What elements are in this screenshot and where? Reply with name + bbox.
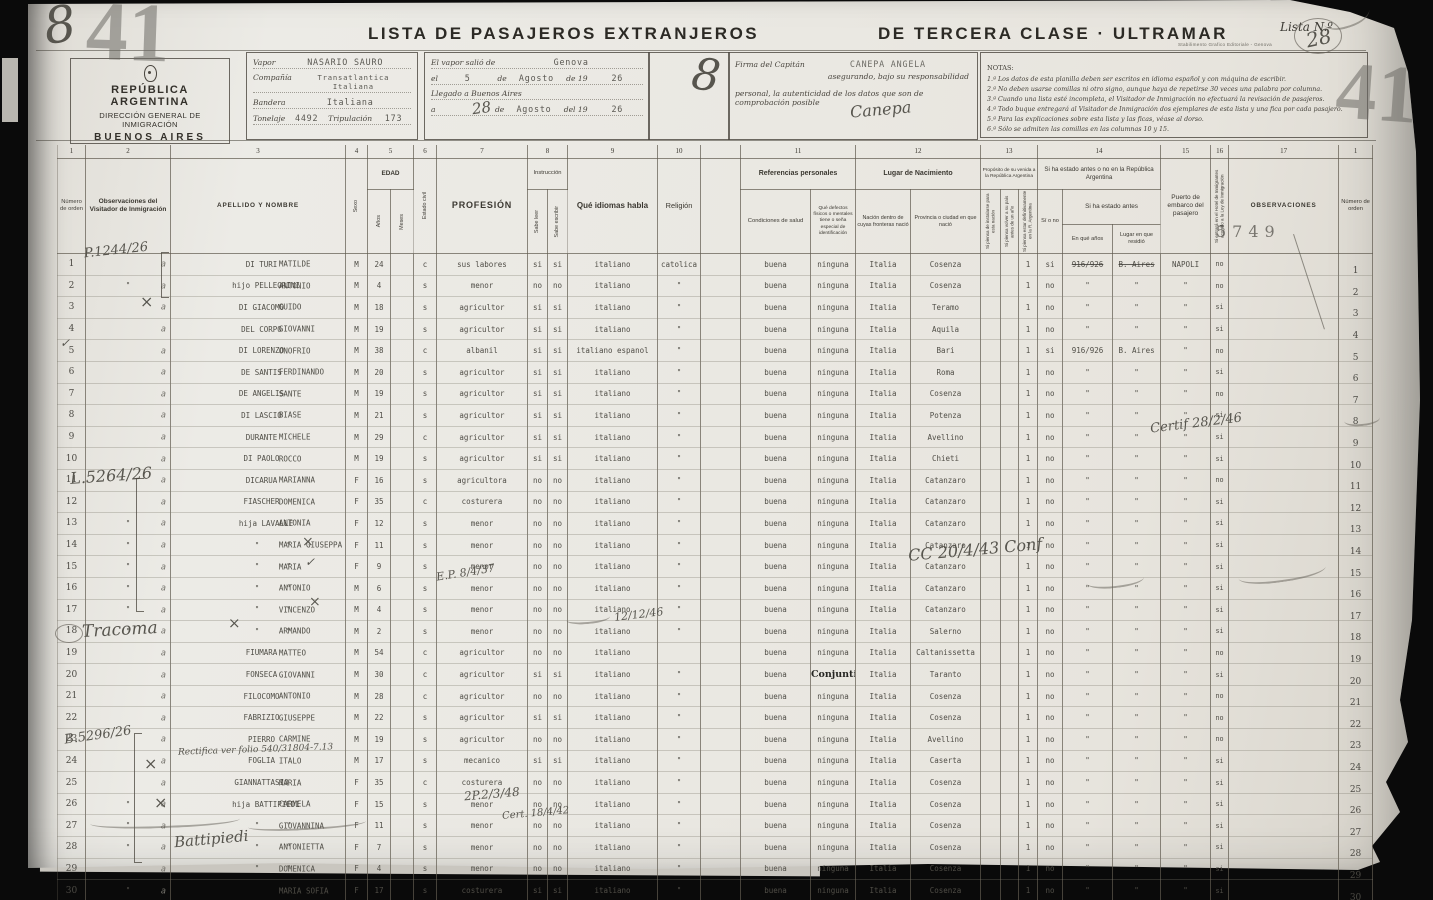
cell-meses xyxy=(391,858,414,880)
cell-observ xyxy=(1229,383,1339,405)
header-rule-top xyxy=(36,50,1366,51)
cell-p1 xyxy=(981,815,1001,837)
cell-defecto: ninguna xyxy=(811,837,856,859)
cell-n: 24 xyxy=(58,750,86,772)
cell-p1 xyxy=(981,793,1001,815)
col-number: 2 xyxy=(86,145,171,159)
cell-defecto: ninguna xyxy=(811,858,856,880)
table-header: 12345678910111213141516171 Número de ord… xyxy=(58,145,1373,254)
col-number: 13 xyxy=(981,145,1038,159)
cell-p3: 1 xyxy=(1019,513,1038,535)
cell-prov: Cosenza xyxy=(911,772,981,794)
cell-hotel: si xyxy=(1211,534,1229,556)
cell-sino: no xyxy=(1038,383,1063,405)
printer-credit: Stabilimento Grafico Editoriale - Genova xyxy=(1178,42,1272,47)
cell-leer: si xyxy=(528,361,548,383)
cell-idioma: italiano xyxy=(568,858,658,880)
scanned-passenger-list-page: LISTA DE PASAJEROS EXTRANJEROS DE TERCER… xyxy=(0,0,1433,900)
cell-puerto: " xyxy=(1161,642,1211,664)
cell-p2 xyxy=(1001,318,1019,340)
cell-sino: no xyxy=(1038,405,1063,427)
cell-esc: no xyxy=(548,642,568,664)
cell-esc: si xyxy=(548,448,568,470)
tonelaje-value: 4492 xyxy=(289,113,324,123)
note-item-2: 2.ª No deben usarse comillas ni otro sig… xyxy=(987,85,1361,95)
cell-p1 xyxy=(981,275,1001,297)
cell-anos2: 916/926 xyxy=(1063,254,1113,276)
cell-prof: agricultor xyxy=(437,664,528,686)
cell-p3: 1 xyxy=(1019,685,1038,707)
cell-nacion: Italia xyxy=(856,815,911,837)
cell-esc: no xyxy=(548,815,568,837)
cell-civ: c xyxy=(414,491,437,513)
cell-observ xyxy=(1229,858,1339,880)
cell-p3: 1 xyxy=(1019,361,1038,383)
cell-p3: 1 xyxy=(1019,491,1038,513)
cell-meses xyxy=(391,254,414,276)
cell-idioma: italiano xyxy=(568,707,658,729)
col-number: 14 xyxy=(1038,145,1161,159)
passenger-row: 17"a " "VINCENZOM4smenornonoitaliano"bue… xyxy=(58,599,1373,621)
cell-leer: si xyxy=(528,340,548,362)
notes-label: NOTAS: xyxy=(987,64,1014,72)
note-item-5: 5.ª Para las explicaciones sobre esta li… xyxy=(987,115,1361,125)
cell-sp xyxy=(701,793,741,815)
cell-civ: s xyxy=(414,275,437,297)
org-country: REPÚBLICA ARGENTINA xyxy=(71,84,229,108)
cell-esc: no xyxy=(548,858,568,880)
cell-rel: " xyxy=(658,405,701,427)
cell-idioma: italiano xyxy=(568,513,658,535)
cell-sp xyxy=(701,469,741,491)
cell-anos2: " xyxy=(1063,426,1113,448)
cell-p2 xyxy=(1001,513,1019,535)
compania-value: Transatlantica Italiana xyxy=(296,73,411,91)
cell-salud: buena xyxy=(741,880,811,900)
cell-sino: no xyxy=(1038,750,1063,772)
cell-name: MARIA SOFIA xyxy=(171,880,346,900)
cell-observ xyxy=(1229,685,1339,707)
cell-nacion: Italia xyxy=(856,793,911,815)
passenger-row: 25aGIANNATTASIOMARIAF35ccostureranonoita… xyxy=(58,772,1373,794)
cell-p1 xyxy=(981,297,1001,319)
col-number: 8 xyxy=(528,145,568,159)
cell-p1 xyxy=(981,729,1001,751)
salio-day: 5 xyxy=(442,73,493,83)
cell-observ xyxy=(1229,815,1339,837)
cell-sexo: M xyxy=(346,361,368,383)
cell-p2 xyxy=(1001,815,1019,837)
cell-sp xyxy=(701,556,741,578)
cell-sexo: M xyxy=(346,448,368,470)
cell-obs: a xyxy=(86,254,171,276)
cell-sp xyxy=(701,491,741,513)
cell-rel: " xyxy=(658,275,701,297)
cell-meses xyxy=(391,880,414,900)
cell-salud: buena xyxy=(741,340,811,362)
passenger-row: 18"a " "ARMANDOM2smenornonoitaliano"buen… xyxy=(58,621,1373,643)
cell-leer: no xyxy=(528,599,548,621)
cell-idioma: italiano xyxy=(568,534,658,556)
cell-rel: " xyxy=(658,772,701,794)
cell-sp xyxy=(701,707,741,729)
cell-hotel: no xyxy=(1211,642,1229,664)
cell-anos2: " xyxy=(1063,448,1113,470)
cell-anos: 4 xyxy=(368,275,391,297)
cell-p2 xyxy=(1001,858,1019,880)
cell-n: 29 xyxy=(58,858,86,880)
cell-n: 22 xyxy=(58,707,86,729)
cell-meses xyxy=(391,469,414,491)
cell-lugar2: B. Aires xyxy=(1113,340,1161,362)
cell-leer: no xyxy=(528,858,548,880)
cell-name: DE ANGELISSANTE xyxy=(171,383,346,405)
cell-obs: a xyxy=(86,361,171,383)
cell-idioma: italiano xyxy=(568,405,658,427)
passenger-row: 2"a hijo PELLEGRINIANTONIOM4smenornonoit… xyxy=(58,275,1373,297)
cell-meses xyxy=(391,297,414,319)
cell-prof: agricultor xyxy=(437,729,528,751)
cell-n: 7 xyxy=(58,383,86,405)
cell-lugar2: " xyxy=(1113,880,1161,900)
tripulacion-label: Tripulación xyxy=(328,114,372,123)
passenger-row: 28"a " "ANTONIETTAF7smenornonoitaliano"b… xyxy=(58,837,1373,859)
passenger-row: 3aDI GIACOMOGUIDOM18sagricultorsisiitali… xyxy=(58,297,1373,319)
cell-lugar2: " xyxy=(1113,815,1161,837)
cell-sexo: M xyxy=(346,275,368,297)
cell-p3: 1 xyxy=(1019,750,1038,772)
cell-rel: " xyxy=(658,469,701,491)
cell-prov: Catanzaro xyxy=(911,491,981,513)
cell-prov: Roma xyxy=(911,361,981,383)
cell-sino: no xyxy=(1038,729,1063,751)
book-edge-sliver xyxy=(2,58,18,122)
cell-lugar2: " xyxy=(1113,469,1161,491)
cell-sino: no xyxy=(1038,275,1063,297)
cell-prov: Catanzaro xyxy=(911,469,981,491)
cell-lugar2: B. Aires xyxy=(1113,254,1161,276)
cell-sexo: F xyxy=(346,815,368,837)
cell-puerto: " xyxy=(1161,405,1211,427)
cell-prov: Cosenza xyxy=(911,793,981,815)
cell-p3: 1 xyxy=(1019,815,1038,837)
cell-p1 xyxy=(981,685,1001,707)
cell-leer: no xyxy=(528,772,548,794)
cell-puerto: " xyxy=(1161,707,1211,729)
cell-salud: buena xyxy=(741,815,811,837)
tonelaje-label: Tonelaje xyxy=(253,114,285,123)
cell-lugar2: " xyxy=(1113,837,1161,859)
cell-sp xyxy=(701,340,741,362)
cell-name: hija LAVALLEANTONIA xyxy=(171,513,346,535)
salio-year: 26 xyxy=(592,73,643,83)
ship-box: Vapor NASARIO SAURO Compañía Transatlant… xyxy=(246,52,418,140)
cell-lugar2: " xyxy=(1113,858,1161,880)
cell-hotel: si xyxy=(1211,297,1229,319)
cell-n2: 15 xyxy=(1339,556,1373,578)
cell-idioma: italiano xyxy=(568,556,658,578)
cell-p2 xyxy=(1001,426,1019,448)
cell-hotel: si xyxy=(1211,837,1229,859)
cell-lugar2: " xyxy=(1113,383,1161,405)
cell-defecto: ninguna xyxy=(811,815,856,837)
cell-civ: s xyxy=(414,469,437,491)
cell-sino: no xyxy=(1038,837,1063,859)
cell-leer: no xyxy=(528,793,548,815)
cell-p2 xyxy=(1001,664,1019,686)
vapor-label: Vapor xyxy=(253,58,275,67)
cell-observ xyxy=(1229,448,1339,470)
cell-esc: si xyxy=(548,707,568,729)
cell-nacion: Italia xyxy=(856,599,911,621)
cell-lugar2: " xyxy=(1113,750,1161,772)
cell-anos: 11 xyxy=(368,534,391,556)
cell-anos: 30 xyxy=(368,664,391,686)
cell-meses xyxy=(391,729,414,751)
cell-lugar2: " xyxy=(1113,448,1161,470)
cell-anos: 2 xyxy=(368,621,391,643)
cell-lugar2: " xyxy=(1113,426,1161,448)
cell-esc: si xyxy=(548,361,568,383)
cell-defecto: ninguna xyxy=(811,685,856,707)
cell-n: 8 xyxy=(58,405,86,427)
column-number-row: 12345678910111213141516171 xyxy=(58,145,1373,159)
cell-lugar2: " xyxy=(1113,275,1161,297)
cell-meses xyxy=(391,426,414,448)
cell-n2: 26 xyxy=(1339,793,1373,815)
cell-sp xyxy=(701,426,741,448)
cell-observ xyxy=(1229,750,1339,772)
cell-sp xyxy=(701,577,741,599)
cell-p2 xyxy=(1001,361,1019,383)
cell-sp xyxy=(701,448,741,470)
passenger-row: 8aDI LASCIOBIASEM21sagricultorsisiitalia… xyxy=(58,405,1373,427)
cell-anos: 16 xyxy=(368,469,391,491)
cell-lugar2: " xyxy=(1113,513,1161,535)
cell-anos: 35 xyxy=(368,491,391,513)
cell-puerto: " xyxy=(1161,340,1211,362)
cell-rel: " xyxy=(658,340,701,362)
cell-leer: no xyxy=(528,469,548,491)
cell-hotel: si xyxy=(1211,793,1229,815)
cell-anos2: " xyxy=(1063,750,1113,772)
cell-sino: no xyxy=(1038,664,1063,686)
cell-observ xyxy=(1229,772,1339,794)
cell-prov: Bari xyxy=(911,340,981,362)
cell-nacion: Italia xyxy=(856,577,911,599)
cell-salud: buena xyxy=(741,297,811,319)
cell-salud: buena xyxy=(741,254,811,276)
cell-defecto: ninguna xyxy=(811,621,856,643)
cell-salud: buena xyxy=(741,318,811,340)
cell-meses xyxy=(391,837,414,859)
cell-prof: agricultor xyxy=(437,297,528,319)
header-apellido: APELLIDO Y NOMBRE xyxy=(171,159,346,254)
cell-p2 xyxy=(1001,729,1019,751)
note-item-4: 4.ª Todo buque entregará al Visitador de… xyxy=(987,105,1361,115)
header-observaciones-visitador: Observaciones del Visitador de Inmigraci… xyxy=(86,159,171,254)
cell-salud: buena xyxy=(741,469,811,491)
cell-prov: Cosenza xyxy=(911,815,981,837)
cell-puerto: " xyxy=(1161,469,1211,491)
cell-esc: no xyxy=(548,621,568,643)
cell-lugar2: " xyxy=(1113,707,1161,729)
cell-n2: 16 xyxy=(1339,577,1373,599)
cell-obs: "a xyxy=(86,815,171,837)
cell-p2 xyxy=(1001,599,1019,621)
header-instruccion: Instrucción xyxy=(528,159,568,190)
firma-label: Firma del Capitán xyxy=(735,60,805,69)
lista-number-label: Lista N.º xyxy=(1280,20,1333,34)
cell-n2: 8 xyxy=(1339,405,1373,427)
cell-obs: a xyxy=(86,426,171,448)
cell-name: FOGLIAITALO xyxy=(171,750,346,772)
cell-anos: 19 xyxy=(368,318,391,340)
cell-salud: buena xyxy=(741,534,811,556)
cell-salud: buena xyxy=(741,858,811,880)
cell-prof: menor xyxy=(437,556,528,578)
cell-meses xyxy=(391,577,414,599)
cell-civ: s xyxy=(414,729,437,751)
cell-p1 xyxy=(981,621,1001,643)
cell-civ: s xyxy=(414,318,437,340)
cell-n: 1 xyxy=(58,254,86,276)
cell-idioma: italiano xyxy=(568,621,658,643)
cell-p2 xyxy=(1001,254,1019,276)
cell-hotel: si xyxy=(1211,750,1229,772)
cell-sexo: F xyxy=(346,534,368,556)
cell-sexo: M xyxy=(346,383,368,405)
cell-observ xyxy=(1229,793,1339,815)
cell-p1 xyxy=(981,642,1001,664)
cell-esc: no xyxy=(548,556,568,578)
cell-p1 xyxy=(981,599,1001,621)
cell-sp xyxy=(701,815,741,837)
cell-p2 xyxy=(1001,448,1019,470)
cell-puerto: " xyxy=(1161,448,1211,470)
cell-n2: 4 xyxy=(1339,318,1373,340)
passenger-row: 11aDICARUAMARIANNAF16sagricultoranonoita… xyxy=(58,469,1373,491)
cell-obs: "a xyxy=(86,793,171,815)
cell-p3: 1 xyxy=(1019,405,1038,427)
cell-civ: s xyxy=(414,448,437,470)
cell-anos2: " xyxy=(1063,469,1113,491)
cell-observ xyxy=(1229,297,1339,319)
header-referencias: Referencias personales xyxy=(741,159,856,190)
cell-observ xyxy=(1229,491,1339,513)
cell-prov: Catanzaro xyxy=(911,599,981,621)
cell-sexo: F xyxy=(346,837,368,859)
cell-observ xyxy=(1229,599,1339,621)
cell-sexo: M xyxy=(346,621,368,643)
cell-defecto: ninguna xyxy=(811,793,856,815)
cell-prof: agricultor xyxy=(437,642,528,664)
cell-nacion: Italia xyxy=(856,685,911,707)
cell-meses xyxy=(391,318,414,340)
cell-prov: Catanzaro xyxy=(911,513,981,535)
cell-nacion: Italia xyxy=(856,642,911,664)
cell-prof: agricultor xyxy=(437,405,528,427)
header-idiomas: Qué idiomas habla xyxy=(568,159,658,254)
cell-sexo: F xyxy=(346,491,368,513)
cell-prof: menor xyxy=(437,858,528,880)
cell-lugar2: " xyxy=(1113,621,1161,643)
cell-p2 xyxy=(1001,556,1019,578)
cell-civ: s xyxy=(414,880,437,900)
cell-puerto: " xyxy=(1161,513,1211,535)
cell-observ xyxy=(1229,621,1339,643)
note-item-6: 6.ª Sólo se admiten las comillas en las … xyxy=(987,125,1361,135)
cell-sp xyxy=(701,599,741,621)
cell-idioma: italiano xyxy=(568,642,658,664)
cell-puerto: " xyxy=(1161,275,1211,297)
tripulacion-value: 173 xyxy=(376,113,411,123)
salio-month: Agosto xyxy=(511,73,562,83)
cell-sexo: M xyxy=(346,599,368,621)
cell-idioma: italiano xyxy=(568,448,658,470)
cell-esc: no xyxy=(548,534,568,556)
col-number: 9 xyxy=(568,145,658,159)
cell-observ xyxy=(1229,707,1339,729)
cell-leer: no xyxy=(528,513,548,535)
cell-lugar2: " xyxy=(1113,577,1161,599)
cell-name: " "VINCENZO xyxy=(171,599,346,621)
de19-label: de 19 xyxy=(566,74,587,83)
cell-p3: 1 xyxy=(1019,729,1038,751)
cell-anos: 11 xyxy=(368,815,391,837)
cell-prof: agricultor xyxy=(437,383,528,405)
cell-n2: 5 xyxy=(1339,340,1373,362)
cell-puerto: " xyxy=(1161,361,1211,383)
cell-nacion: Italia xyxy=(856,534,911,556)
cell-sexo: F xyxy=(346,772,368,794)
cell-salud: buena xyxy=(741,664,811,686)
cell-n2: 1 xyxy=(1339,254,1373,276)
cell-n2: 30 xyxy=(1339,880,1373,900)
cell-puerto: " xyxy=(1161,729,1211,751)
cell-p2 xyxy=(1001,340,1019,362)
cell-anos2: " xyxy=(1063,556,1113,578)
cell-puerto: " xyxy=(1161,383,1211,405)
cell-civ: s xyxy=(414,361,437,383)
cell-prov: Salerno xyxy=(911,621,981,643)
cell-civ: s xyxy=(414,815,437,837)
cell-sexo: M xyxy=(346,340,368,362)
cell-rel: " xyxy=(658,729,701,751)
cell-lugar2: " xyxy=(1113,729,1161,751)
cell-meses xyxy=(391,599,414,621)
cell-p3: 1 xyxy=(1019,297,1038,319)
cell-sexo: M xyxy=(346,642,368,664)
cell-defecto: ninguna xyxy=(811,534,856,556)
cell-n2: 18 xyxy=(1339,621,1373,643)
cell-n2: 24 xyxy=(1339,750,1373,772)
cell-p3: 1 xyxy=(1019,534,1038,556)
cell-obs: "a xyxy=(86,275,171,297)
cell-esc: si xyxy=(548,664,568,686)
passenger-table: 12345678910111213141516171 Número de ord… xyxy=(57,145,1373,900)
cell-hotel: si xyxy=(1211,556,1229,578)
cell-p3: 1 xyxy=(1019,858,1038,880)
cell-civ: s xyxy=(414,599,437,621)
cell-hotel: si xyxy=(1211,621,1229,643)
cell-p1 xyxy=(981,750,1001,772)
cell-prof: menor xyxy=(437,793,528,815)
cell-salud: buena xyxy=(741,383,811,405)
cell-rel: " xyxy=(658,556,701,578)
cell-n: 28 xyxy=(58,837,86,859)
cell-hotel: si xyxy=(1211,405,1229,427)
